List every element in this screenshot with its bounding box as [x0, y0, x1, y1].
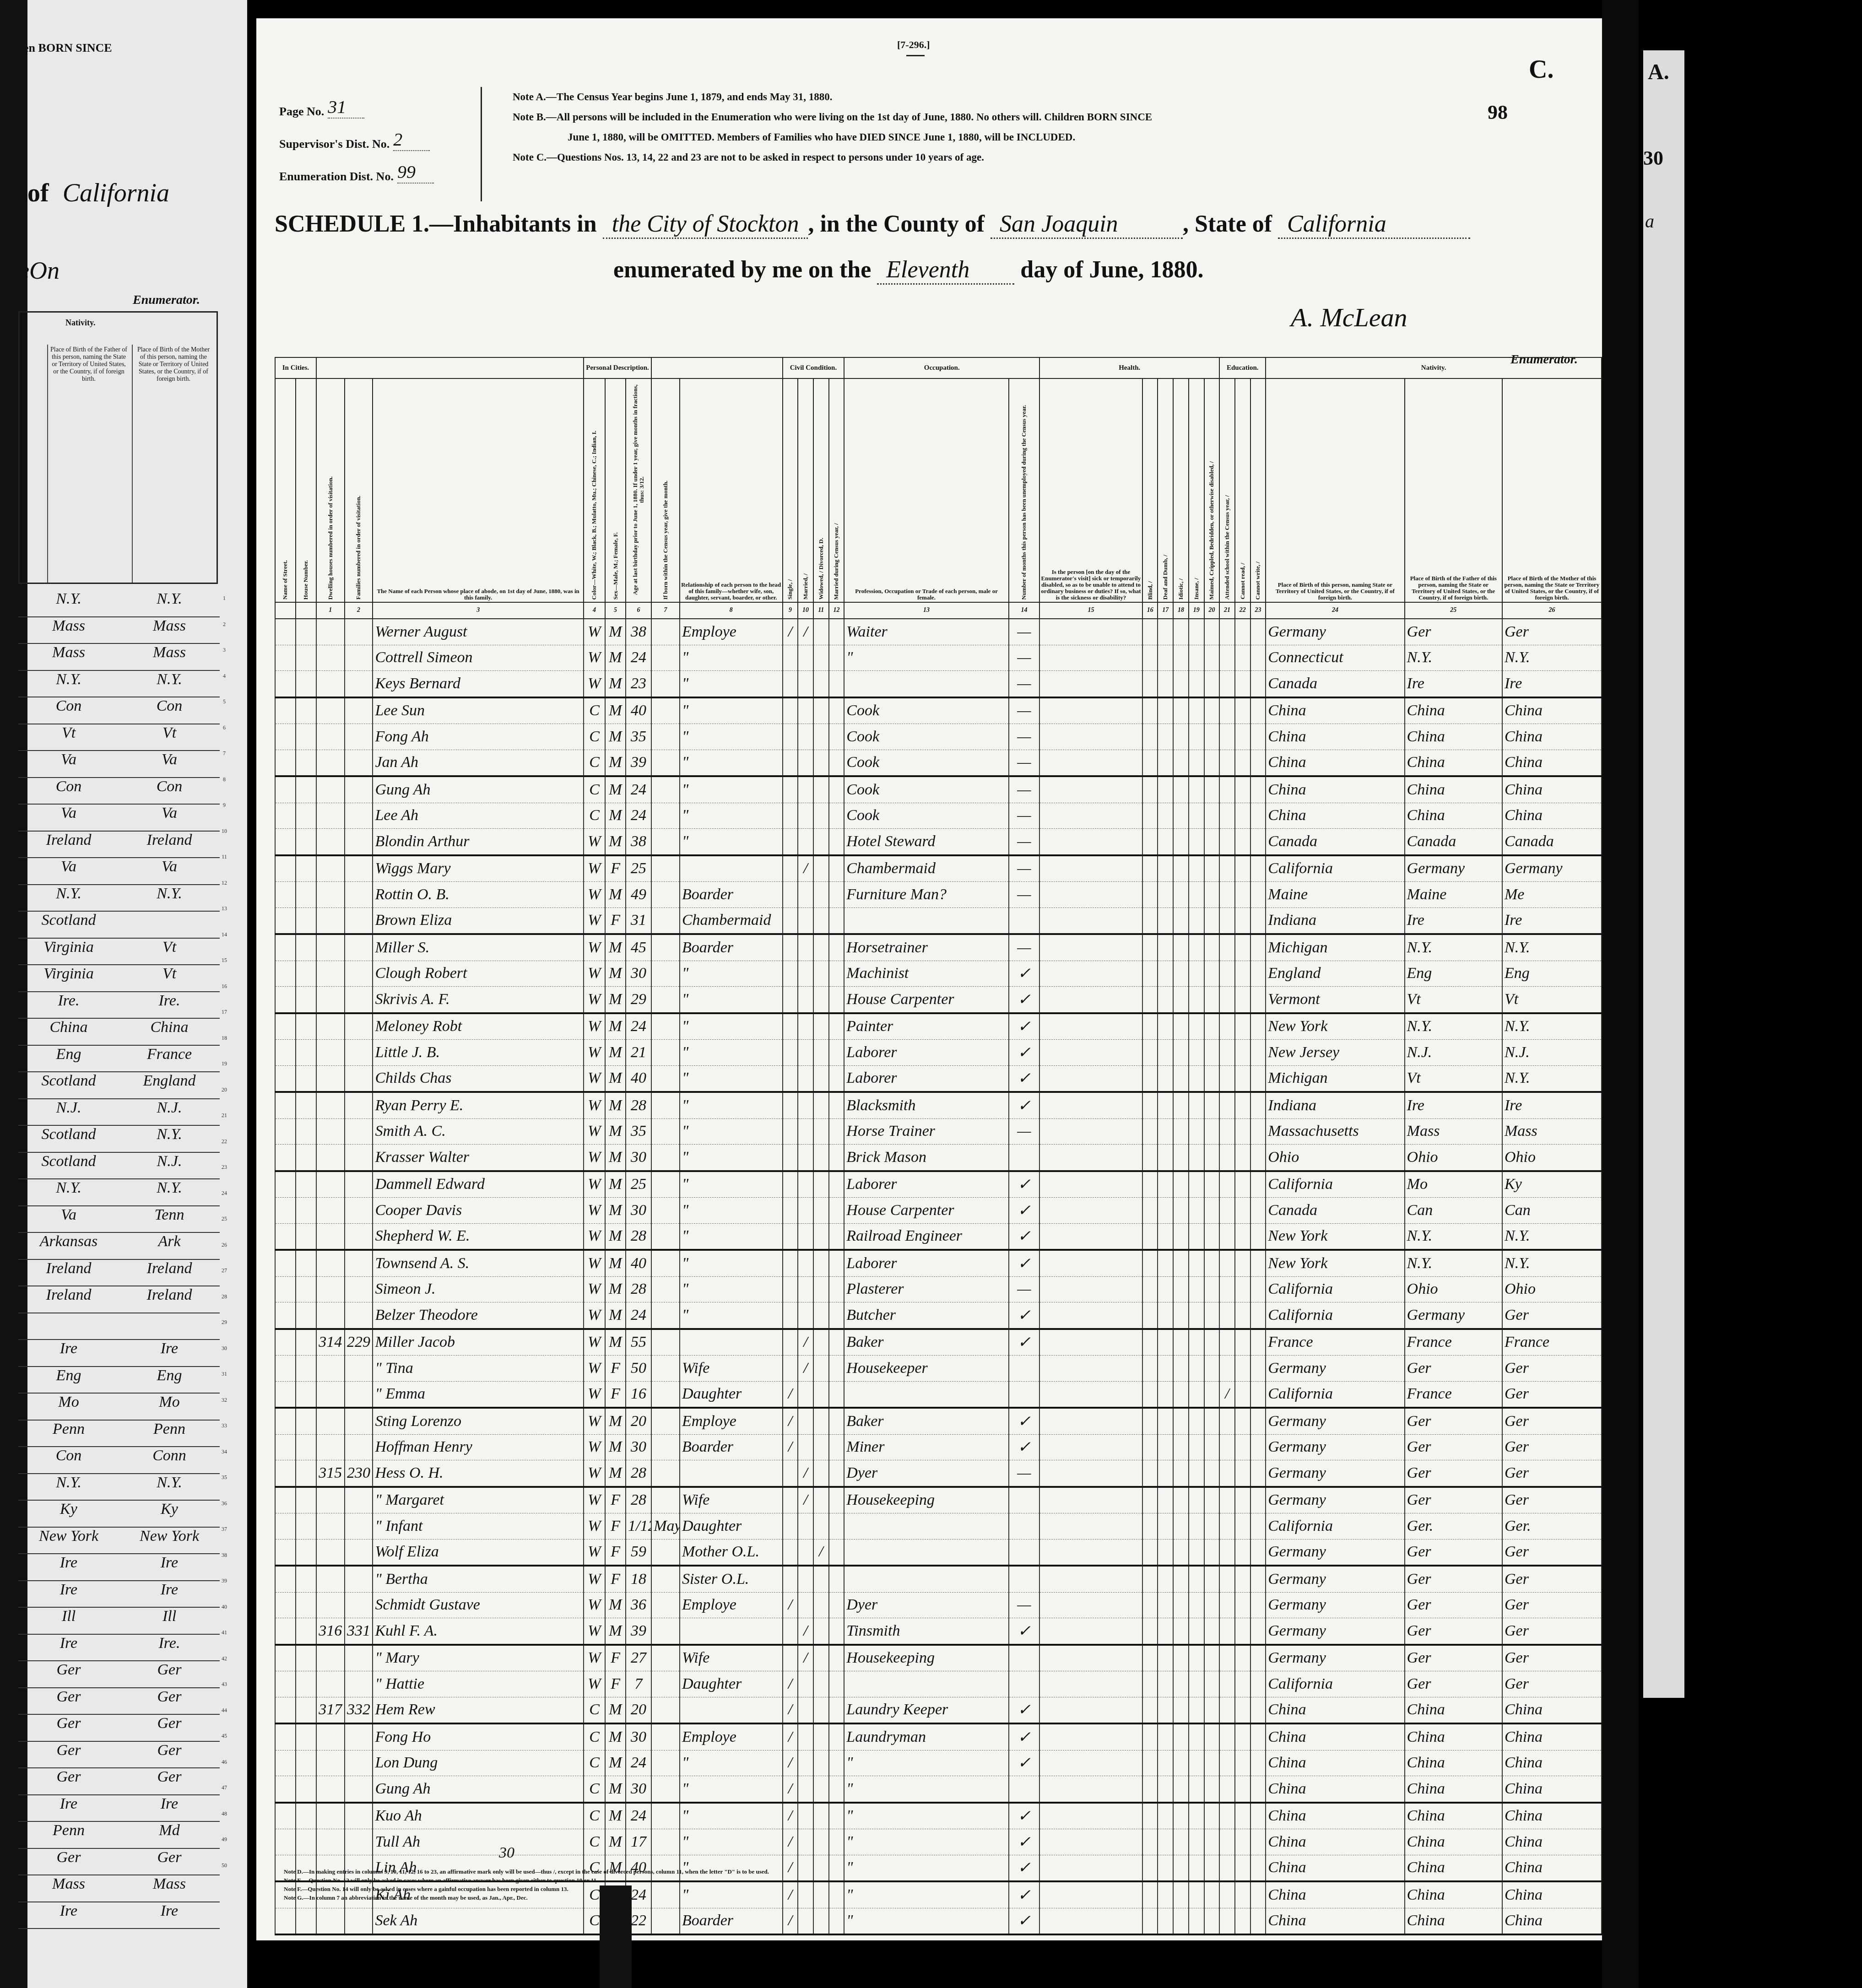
line-number: 17 [215, 1009, 233, 1035]
single-mark-cell [783, 934, 798, 961]
insane-cell [1189, 1855, 1204, 1881]
father-birthplace-cell: Ger [1405, 1592, 1502, 1618]
married-year-mark-cell [829, 855, 844, 882]
column-header: Dwelling houses numbered in order of vis… [316, 378, 345, 602]
sex-cell: M [605, 1592, 626, 1618]
maimed-cell [1204, 1198, 1220, 1224]
mother-birthplace: N.J. [119, 1153, 220, 1179]
birth-month-cell [651, 1645, 680, 1671]
left-state-value: California [63, 179, 169, 207]
street-cell [275, 1513, 296, 1540]
family-number-cell [345, 1145, 373, 1171]
mother-birthplace-cell: Ger [1502, 1487, 1602, 1513]
cannot-read-cell [1235, 1276, 1250, 1302]
widowed-mark-cell [813, 1566, 829, 1592]
birthplace-cell: China [1266, 1723, 1404, 1750]
census-row: Ryan Perry E.WM28"Blacksmith✓IndianaIreI… [275, 1092, 1602, 1118]
months-unemployed-cell: ✓ [1009, 1829, 1039, 1855]
house-cell [296, 1750, 316, 1776]
maimed-cell [1204, 1250, 1220, 1276]
line-number: 43 [215, 1681, 233, 1707]
birth-month-cell [651, 1434, 680, 1460]
attended-school-cell [1219, 724, 1235, 750]
occupation-cell: Brick Mason [844, 1145, 1008, 1171]
married-year-mark-cell [829, 1750, 844, 1776]
cannot-read-cell [1235, 619, 1250, 645]
sickness-cell [1039, 1040, 1142, 1066]
widowed-mark-cell [813, 803, 829, 829]
street-cell [275, 750, 296, 776]
deaf-dumb-cell [1158, 803, 1173, 829]
color-cell: W [584, 1302, 605, 1329]
single-mark-cell: / [783, 1776, 798, 1803]
street-cell [275, 1803, 296, 1829]
binding-clip [600, 1885, 632, 1988]
age-cell: 20 [626, 1697, 651, 1723]
house-cell [296, 1592, 316, 1618]
deaf-dumb-cell [1158, 1302, 1173, 1329]
census-row: 315230Hess O. H.WM28/Dyer—GermanyGerGer [275, 1460, 1602, 1487]
house-cell [296, 1908, 316, 1934]
relationship-cell [680, 855, 783, 882]
left-page-row: IrelandIreland [18, 1286, 220, 1313]
widowed-mark-cell [813, 987, 829, 1013]
married-mark-cell [798, 1408, 813, 1434]
person-name-cell: Kuhl F. A. [373, 1618, 584, 1645]
married-mark-cell [798, 1539, 813, 1566]
married-mark-cell [798, 1908, 813, 1934]
birthplace-cell: Germany [1266, 1645, 1404, 1671]
census-row: Townsend A. S.WM40"Laborer✓New YorkN.Y.N… [275, 1250, 1602, 1276]
widowed-mark-cell [813, 855, 829, 882]
birthplace-cell: China [1266, 803, 1404, 829]
relationship-cell: " [680, 1198, 783, 1224]
column-header: Profession, Occupation or Trade of each … [844, 378, 1008, 602]
insane-cell [1189, 1566, 1204, 1592]
idiotic-cell [1173, 619, 1189, 645]
dwelling-number-cell [316, 1513, 345, 1540]
cannot-write-cell [1250, 1408, 1266, 1434]
person-name-cell: Hoffman Henry [373, 1434, 584, 1460]
color-cell: C [584, 1776, 605, 1803]
dwelling-number-cell [316, 1487, 345, 1513]
left-page-row: ConCon [18, 778, 220, 805]
married-year-mark-cell [829, 1618, 844, 1645]
attended-school-cell [1219, 1460, 1235, 1487]
street-cell [275, 671, 296, 697]
single-mark-cell: / [783, 1408, 798, 1434]
deaf-dumb-cell [1158, 1329, 1173, 1356]
color-cell: W [584, 1013, 605, 1040]
cannot-write-cell [1250, 1171, 1266, 1198]
birthplace-cell: California [1266, 855, 1404, 882]
column-header: Insane, / [1189, 378, 1204, 602]
birthplace-cell: Vermont [1266, 987, 1404, 1013]
attended-school-cell [1219, 1513, 1235, 1540]
months-unemployed-cell: — [1009, 776, 1039, 803]
sickness-cell [1039, 829, 1142, 855]
father-birthplace: Ill [18, 1608, 119, 1634]
months-unemployed-cell: — [1009, 697, 1039, 724]
birth-month-cell [651, 724, 680, 750]
street-cell [275, 619, 296, 645]
sickness-cell [1039, 1592, 1142, 1618]
street-cell [275, 1302, 296, 1329]
column-header: Deaf and Dumb, / [1158, 378, 1173, 602]
single-mark-cell [783, 1539, 798, 1566]
street-cell [275, 1645, 296, 1671]
birth-month-cell [651, 1697, 680, 1723]
birthplace-cell: China [1266, 697, 1404, 724]
color-cell: W [584, 1539, 605, 1566]
district-ids: Page No.31 Supervisor's Dist. No.2 Enume… [279, 96, 434, 194]
single-mark-cell: / [783, 1829, 798, 1855]
birthplace-cell: Canada [1266, 829, 1404, 855]
attended-school-cell [1219, 697, 1235, 724]
cannot-read-cell [1235, 1092, 1250, 1118]
mother-birthplace: N.Y. [119, 1126, 220, 1152]
married-mark-cell [798, 1566, 813, 1592]
sickness-cell [1039, 1803, 1142, 1829]
mother-birthplace: Ky [119, 1501, 220, 1527]
father-birthplace: Va [18, 805, 119, 831]
father-birthplace-cell: N.J. [1405, 1040, 1502, 1066]
birthplace-cell: Germany [1266, 1460, 1404, 1487]
married-year-mark-cell [829, 1040, 844, 1066]
person-name-cell: Rottin O. B. [373, 882, 584, 908]
left-page-row: PennPenn [18, 1421, 220, 1448]
sickness-cell [1039, 1434, 1142, 1460]
house-cell [296, 1618, 316, 1645]
mother-birthplace-cell: Ger [1502, 1302, 1602, 1329]
married-mark-cell: / [798, 1356, 813, 1382]
blind-cell [1142, 1460, 1158, 1487]
occupation-cell: Horsetrainer [844, 934, 1008, 961]
column-header: Attended school within the Census year, … [1219, 378, 1235, 602]
idiotic-cell [1173, 1908, 1189, 1934]
line-number: 42 [215, 1655, 233, 1681]
left-page-row: ChinaChina [18, 1019, 220, 1046]
cannot-write-cell [1250, 1118, 1266, 1145]
family-number-cell [345, 1092, 373, 1118]
cannot-write-cell [1250, 1671, 1266, 1697]
attended-school-cell [1219, 1276, 1235, 1302]
occupation-cell: Housekeeper [844, 1356, 1008, 1382]
person-name-cell: Keys Bernard [373, 671, 584, 697]
street-cell [275, 1460, 296, 1487]
census-row: 317332Hem RewCM20/Laundry Keeper✓ChinaCh… [275, 1697, 1602, 1723]
single-mark-cell [783, 1065, 798, 1092]
cannot-write-cell [1250, 1618, 1266, 1645]
dwelling-number-cell [316, 1381, 345, 1408]
left-facing-page: ren BORN SINCE ofCalifornia eOn Enumerat… [0, 0, 247, 1988]
age-cell: 59 [626, 1539, 651, 1566]
left-page-row: GerGer [18, 1849, 220, 1876]
mother-birthplace-cell: Ger [1502, 1645, 1602, 1671]
insane-cell [1189, 882, 1204, 908]
state-field: California [1278, 211, 1470, 239]
mother-birthplace-cell: China [1502, 1776, 1602, 1803]
family-number-cell [345, 1065, 373, 1092]
cannot-read-cell [1235, 987, 1250, 1013]
maimed-cell [1204, 697, 1220, 724]
line-number: 3 [215, 647, 233, 673]
father-birthplace-cell: Vt [1405, 1065, 1502, 1092]
birthplace-cell: Germany [1266, 1566, 1404, 1592]
blind-cell [1142, 1908, 1158, 1934]
street-cell [275, 1250, 296, 1276]
deaf-dumb-cell [1158, 1487, 1173, 1513]
father-birthplace-cell: France [1405, 1329, 1502, 1356]
bottom-page-mark: 30 [499, 1844, 514, 1862]
sickness-cell [1039, 1750, 1142, 1776]
cannot-write-cell [1250, 1645, 1266, 1671]
months-unemployed-cell: — [1009, 724, 1039, 750]
father-birthplace: Eng [18, 1046, 119, 1072]
dwelling-number-cell [316, 829, 345, 855]
note-b-cont: June 1, 1880, will be OMITTED. Members o… [513, 127, 1520, 147]
married-year-mark-cell [829, 1118, 844, 1145]
mother-birthplace: Tenn [119, 1206, 220, 1232]
age-cell: 25 [626, 1171, 651, 1198]
maimed-cell [1204, 1460, 1220, 1487]
insane-cell [1189, 1671, 1204, 1697]
cannot-read-cell [1235, 1223, 1250, 1250]
group-in-cities: In Cities. [275, 357, 316, 378]
census-row: Brown ElizaWF31ChambermaidIndianaIreIre [275, 908, 1602, 934]
relationship-cell: Wife [680, 1487, 783, 1513]
column-headers: Name of Street.House Number.Dwelling hou… [275, 378, 1602, 602]
left-page-row: New YorkNew York [18, 1528, 220, 1555]
birthplace-cell: France [1266, 1329, 1404, 1356]
attended-school-cell [1219, 803, 1235, 829]
blind-cell [1142, 1697, 1158, 1723]
color-cell: W [584, 1223, 605, 1250]
sex-cell: M [605, 1723, 626, 1750]
widowed-mark-cell [813, 1434, 829, 1460]
mother-birthplace-cell: Ger [1502, 1618, 1602, 1645]
cannot-read-cell [1235, 1250, 1250, 1276]
single-mark-cell [783, 1040, 798, 1066]
married-year-mark-cell [829, 697, 844, 724]
mother-birthplace-cell: Ohio [1502, 1276, 1602, 1302]
birth-month-cell: May [651, 1513, 680, 1540]
street-cell [275, 803, 296, 829]
person-name-cell: Fong Ho [373, 1723, 584, 1750]
occupation-cell: Waiter [844, 619, 1008, 645]
blind-cell [1142, 1381, 1158, 1408]
father-birthplace-cell: China [1405, 1829, 1502, 1855]
single-mark-cell [783, 961, 798, 987]
cannot-write-cell [1250, 934, 1266, 961]
father-birthplace-cell: China [1405, 1723, 1502, 1750]
relationship-cell: " [680, 961, 783, 987]
age-cell: 38 [626, 619, 651, 645]
single-mark-cell [783, 829, 798, 855]
dwelling-number-cell [316, 1750, 345, 1776]
birth-month-cell [651, 1276, 680, 1302]
married-mark-cell [798, 1671, 813, 1697]
street-cell [275, 1040, 296, 1066]
father-birthplace: Arkansas [18, 1233, 119, 1259]
attended-school-cell [1219, 1250, 1235, 1276]
family-number-cell [345, 645, 373, 671]
age-cell: 28 [626, 1092, 651, 1118]
sickness-cell [1039, 1460, 1142, 1487]
blind-cell [1142, 855, 1158, 882]
cannot-read-cell [1235, 724, 1250, 750]
sex-cell: F [605, 855, 626, 882]
enumerator-signature: A. McLean [1291, 302, 1407, 333]
father-birthplace: Ire [18, 1795, 119, 1821]
deaf-dumb-cell [1158, 1198, 1173, 1224]
blind-cell [1142, 1408, 1158, 1434]
sickness-cell [1039, 697, 1142, 724]
family-number-cell [345, 1040, 373, 1066]
attended-school-cell: / [1219, 1381, 1235, 1408]
color-cell: W [584, 987, 605, 1013]
mother-birthplace: Vt [119, 965, 220, 991]
birthplace-cell: China [1266, 1776, 1404, 1803]
enumeration-date-line: enumerated by me on the Eleventh day of … [613, 256, 1203, 285]
insane-cell [1189, 1092, 1204, 1118]
cannot-read-cell [1235, 1697, 1250, 1723]
attended-school-cell [1219, 882, 1235, 908]
attended-school-cell [1219, 1855, 1235, 1881]
family-number-cell [345, 1276, 373, 1302]
census-row: Dammell EdwardWM25"Laborer✓CaliforniaMoK… [275, 1171, 1602, 1198]
maimed-cell [1204, 619, 1220, 645]
mother-birthplace: Mo [119, 1394, 220, 1420]
birth-month-cell [651, 1408, 680, 1434]
mother-birthplace-cell: Me [1502, 882, 1602, 908]
sickness-cell [1039, 1198, 1142, 1224]
dwelling-number-cell [316, 1803, 345, 1829]
single-mark-cell [783, 1118, 798, 1145]
married-mark-cell [798, 776, 813, 803]
person-name-cell: Townsend A. S. [373, 1250, 584, 1276]
widowed-mark-cell [813, 1750, 829, 1776]
column-header: House Number. [296, 378, 316, 602]
color-cell: C [584, 724, 605, 750]
blind-cell [1142, 908, 1158, 934]
birthplace-cell: Germany [1266, 1487, 1404, 1513]
birthplace-cell: Canada [1266, 1198, 1404, 1224]
line-number: 31 [215, 1371, 233, 1397]
birthplace-cell: Germany [1266, 619, 1404, 645]
married-year-mark-cell [829, 1223, 844, 1250]
left-page-row: VaVa [18, 858, 220, 885]
house-cell [296, 987, 316, 1013]
widowed-mark-cell [813, 1040, 829, 1066]
cannot-read-cell [1235, 1855, 1250, 1881]
sex-cell: M [605, 1145, 626, 1171]
single-mark-cell [783, 1329, 798, 1356]
color-cell: W [584, 1566, 605, 1592]
widowed-mark-cell [813, 1803, 829, 1829]
supervisor-dist-field: Supervisor's Dist. No.2 [279, 129, 434, 151]
column-number: 15 [1039, 602, 1142, 619]
age-cell: 21 [626, 1040, 651, 1066]
column-number: 6 [626, 602, 651, 619]
months-unemployed-cell [1009, 1645, 1039, 1671]
dwelling-number-cell [316, 1408, 345, 1434]
single-mark-cell: / [783, 1592, 798, 1618]
family-number-cell [345, 1671, 373, 1697]
birthplace-cell: New York [1266, 1013, 1404, 1040]
months-unemployed-cell: — [1009, 882, 1039, 908]
color-cell: W [584, 855, 605, 882]
color-cell: W [584, 882, 605, 908]
blind-cell [1142, 1776, 1158, 1803]
mother-birthplace: Con [119, 778, 220, 804]
occupation-cell: Cook [844, 750, 1008, 776]
widowed-mark-cell [813, 1302, 829, 1329]
maimed-cell [1204, 1408, 1220, 1434]
deaf-dumb-cell [1158, 829, 1173, 855]
single-mark-cell: / [783, 1434, 798, 1460]
married-year-mark-cell [829, 1803, 844, 1829]
relationship-cell: " [680, 750, 783, 776]
street-cell [275, 1618, 296, 1645]
months-unemployed-cell [1009, 1145, 1039, 1171]
blind-cell [1142, 987, 1158, 1013]
house-cell [296, 697, 316, 724]
street-cell [275, 1776, 296, 1803]
person-name-cell: Miller S. [373, 934, 584, 961]
insane-cell [1189, 671, 1204, 697]
father-birthplace: Ky [18, 1501, 119, 1527]
relationship-cell: " [680, 724, 783, 750]
occupation-cell: Railroad Engineer [844, 1223, 1008, 1250]
color-cell: W [584, 961, 605, 987]
married-mark-cell [798, 1434, 813, 1460]
color-cell: W [584, 671, 605, 697]
birthplace-cell: Germany [1266, 1434, 1404, 1460]
attended-school-cell [1219, 1723, 1235, 1750]
father-birthplace: Va [18, 858, 119, 884]
deaf-dumb-cell [1158, 1356, 1173, 1382]
relationship-cell: Mother O.L. [680, 1539, 783, 1566]
mother-birthplace-cell: Mass [1502, 1118, 1602, 1145]
age-cell: 50 [626, 1356, 651, 1382]
mother-birthplace-cell: N.Y. [1502, 1065, 1602, 1092]
census-row: 316331Kuhl F. A.WM39/Tinsmith✓GermanyGer… [275, 1618, 1602, 1645]
street-cell [275, 1065, 296, 1092]
dwelling-number-cell [316, 961, 345, 987]
mother-birthplace-cell: N.Y. [1502, 645, 1602, 671]
sex-cell: M [605, 1302, 626, 1329]
months-unemployed-cell [1009, 1566, 1039, 1592]
sickness-cell [1039, 750, 1142, 776]
house-cell [296, 671, 316, 697]
blind-cell [1142, 645, 1158, 671]
birth-month-cell [651, 1829, 680, 1855]
family-number-cell [345, 908, 373, 934]
insane-cell [1189, 645, 1204, 671]
idiotic-cell [1173, 671, 1189, 697]
maimed-cell [1204, 1829, 1220, 1855]
mother-birthplace-cell: China [1502, 776, 1602, 803]
person-name-cell: Wolf Eliza [373, 1539, 584, 1566]
father-birthplace: N.Y. [18, 671, 119, 697]
father-birthplace-cell: Canada [1405, 829, 1502, 855]
left-page-row: VaVa [18, 805, 220, 832]
house-cell [296, 1513, 316, 1540]
dwelling-number-cell: 315 [316, 1460, 345, 1487]
age-cell: 20 [626, 1408, 651, 1434]
mother-birthplace: N.Y. [119, 671, 220, 697]
